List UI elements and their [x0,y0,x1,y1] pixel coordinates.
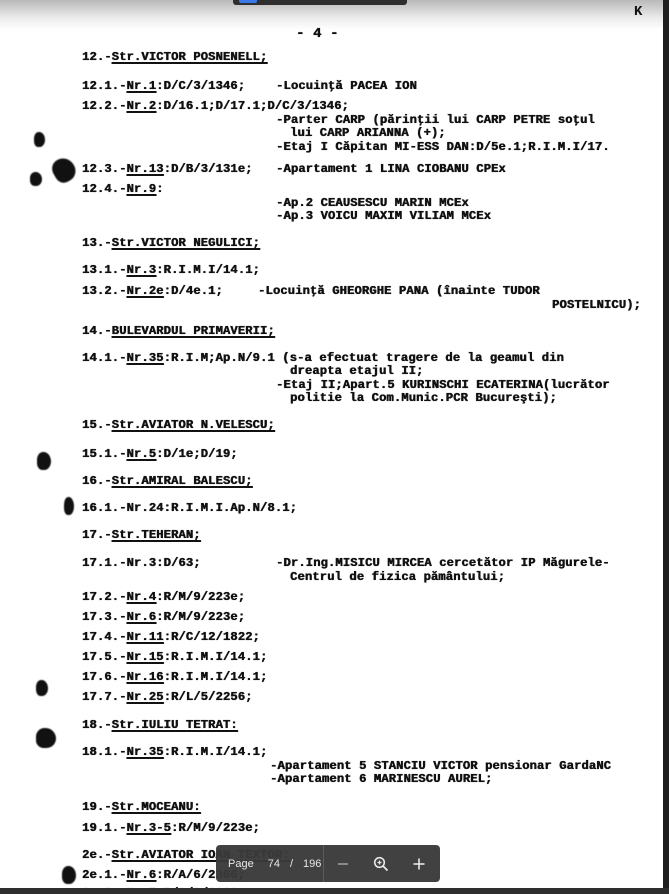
address-note: lui CARP ARIANNA (+); [290,126,446,140]
address-entry: 13.1.-Nr.3:R.I.M.I/14.1; [82,263,260,277]
corner-mark: K [634,4,642,20]
address-entry: 14.1.-Nr.35:R.I.M;Ap.N/9.1 (s-a efectuat… [82,351,564,365]
address-note: dreapta etajul II; [290,364,423,378]
address-note: -Apartament 1 LINA CIOBANU CPEx [276,162,506,176]
ink-blot [62,866,76,884]
address-note: -Ap.3 VOICU MAXIM VILIAM MCEx [276,209,491,223]
ink-blot [34,132,45,147]
address-note: -Locuinţă PACEA ION [276,79,417,93]
address-entry: 12.4.-Nr.9: [82,182,164,196]
zoom-fit-button[interactable] [362,845,400,882]
street-heading: 13.-Str.VICTOR NEGULICI; [82,236,260,250]
street-heading: 19.-Str.MOCEANU: [82,800,201,814]
address-entry: 17.7.-Nr.25:R/L/5/2256; [82,690,253,704]
page-label: Page [228,858,254,870]
top-toolbar [233,0,407,5]
address-note: POSTELNICU); [552,298,641,312]
address-entry: 16.1.-Nr.24:R.I.M.I.Ap.N/8.1; [82,501,297,515]
pdf-viewer: - 4 - K 12.-Str.VICTOR POSNENELL; 12.1.-… [0,0,669,894]
street-heading: 18.-Str.IULIU TETRAT: [82,718,238,732]
address-note: -Locuinţă GHEORGHE PANA (înainte TUDOR [258,284,540,298]
address-entry: 17.5.-Nr.15:R.I.M.I/14.1; [82,650,267,664]
ink-blot [36,728,56,748]
address-entry: 12.3.-Nr.13:D/B/3/131e; [82,162,253,176]
bottom-edge [0,888,669,894]
address-note: -Dr.Ing.MISICU MIRCEA cercetător IP Măgu… [276,556,610,570]
page-separator: / [290,858,293,870]
address-entry: 18.1.-Nr.35:R.I.M.I/14.1; [82,745,267,759]
address-note: Centrul de fizica pământului; [290,570,505,584]
minus-icon [336,857,350,871]
page-number: - 4 - [296,26,339,42]
address-entry: 13.2.-Nr.2e:D/4e.1; [82,284,223,298]
address-note: -Parter CARP (părinţii lui CARP PETRE so… [276,113,595,127]
active-tab-indicator [239,0,257,3]
ink-blot [30,172,42,186]
street-heading: 14.-BULEVARDUL PRIMAVERII; [82,324,275,338]
address-entry: 19.1.-Nr.3-5:R/M/9/223e; [82,821,260,835]
plus-icon [412,857,426,871]
street-heading: 15.-Str.AVIATOR N.VELESCU; [82,418,275,432]
zoom-in-button[interactable] [400,845,438,882]
page-toolbar: Page 74 / 196 [216,845,440,882]
address-entry: 12.1.-Nr.1:D/C/3/1346; [82,79,245,93]
ink-blot [48,154,79,186]
magnifier-icon [373,856,389,872]
address-note: -Apartament 5 STANCIU VICTOR pensionar G… [270,759,611,773]
address-note: -Etaj II;Apart.5 KURINSCHI ECATERINA(luc… [276,378,610,392]
address-note: -Etaj I Căpitan MI-ESS DAN:D/5e.1;R.I.M.… [276,140,610,154]
page-indicator: Page 74 / 196 [216,845,324,882]
address-note: politie la Com.Munic.PCR Bucureşti); [290,391,557,405]
zoom-out-button[interactable] [324,845,362,882]
address-entry: 17.3.-Nr.6:R/M/9/223e; [82,610,245,624]
address-note: -Ap.2 CEAUSESCU MARIN MCEx [276,196,469,210]
street-heading: 16.-Str.AMIRAL BALESCU; [82,474,253,488]
address-entry: 17.1.-Nr.3:D/63; [82,556,201,570]
ink-blot [64,497,74,515]
total-pages: 196 [303,858,321,870]
side-panel-edge [663,0,669,894]
current-page-input[interactable]: 74 [268,858,280,870]
street-heading: 17.-Str.TEHERAN; [82,528,201,542]
address-entry: 17.2.-Nr.4:R/M/9/223e; [82,590,245,604]
ink-blot [36,680,48,696]
address-entry: 17.6.-Nr.16:R.I.M.I/14.1; [82,670,267,684]
street-heading: 12.-Str.VICTOR POSNENELL; [82,50,267,64]
address-entry: 12.2.-Nr.2:D/16.1;D/17.1;D/C/3/1346; [82,99,349,113]
address-entry: 17.4.-Nr.11:R/C/12/1822; [82,630,260,644]
address-entry: 15.1.-Nr.5:D/1e;D/19; [82,447,238,461]
document-page: - 4 - K 12.-Str.VICTOR POSNENELL; 12.1.-… [0,0,663,888]
address-note: -Apartament 6 MARINESCU AUREL; [270,772,492,786]
ink-blot [37,452,51,470]
